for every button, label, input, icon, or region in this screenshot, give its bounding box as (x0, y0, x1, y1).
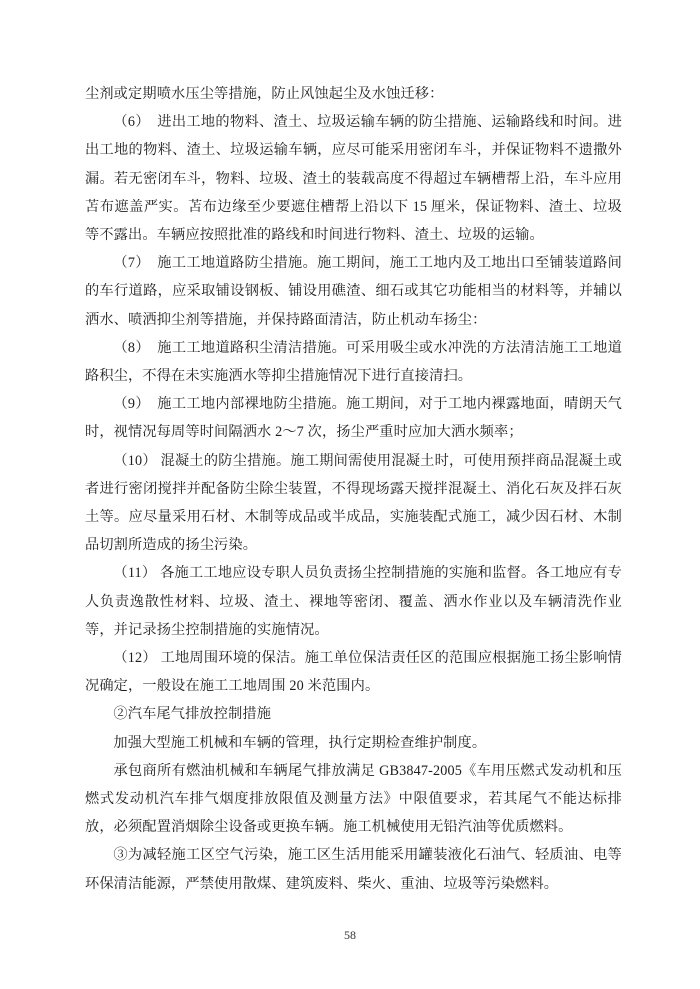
page-number: 58 (344, 928, 356, 942)
paragraph-gb3847-standard: 承包商所有燃油机械和车辆尾气排放满足 GB3847-2005《车用压燃式发动机和… (85, 757, 622, 842)
paragraph-item-8: （8） 施工工地道路积尘清洁措施。可采用吸尘或水冲洗的方法清洁施工工地道路积尘，… (85, 334, 622, 390)
paragraph-item-10: （10） 混凝土的防尘措施。施工期间需使用混凝土时，可使用预拌商品混凝土或者进行… (85, 447, 622, 560)
paragraph-item-12: （12） 工地周围环境的保洁。施工单位保洁责任区的范围应根据施工扬尘影响情况确定… (85, 644, 622, 700)
page-footer: 58 (0, 926, 700, 944)
document-body: 尘剂或定期喷水压尘等措施，防止风蚀起尘及水蚀迁移： （6） 进出工地的物料、渣土… (85, 80, 622, 898)
paragraph-machinery-management: 加强大型施工机械和车辆的管理，执行定期检查维护制度。 (85, 729, 622, 757)
document-page: 尘剂或定期喷水压尘等措施，防止风蚀起尘及水蚀迁移： （6） 进出工地的物料、渣土… (0, 0, 700, 989)
paragraph-item-9: （9） 施工工地内部裸地防尘措施。施工期间，对于工地内裸露地面，晴朗天气时，视情… (85, 390, 622, 446)
paragraph-clean-energy: ③为减轻施工区空气污染，施工区生活用能采用罐装液化石油气、轻质油、电等环保清洁能… (85, 841, 622, 897)
paragraph-continuation: 尘剂或定期喷水压尘等措施，防止风蚀起尘及水蚀迁移： (85, 80, 622, 108)
paragraph-item-6: （6） 进出工地的物料、渣土、垃圾运输车辆的防尘措施、运输路线和时间。进出工地的… (85, 108, 622, 249)
paragraph-heading-vehicle-exhaust: ②汽车尾气排放控制措施 (85, 700, 622, 728)
paragraph-item-7: （7） 施工工地道路防尘措施。施工期间，施工工地内及工地出口至铺装道路间的车行道… (85, 249, 622, 334)
paragraph-item-11: （11） 各施工工地应设专职人员负责扬尘控制措施的实施和监督。各工地应有专人负责… (85, 559, 622, 644)
